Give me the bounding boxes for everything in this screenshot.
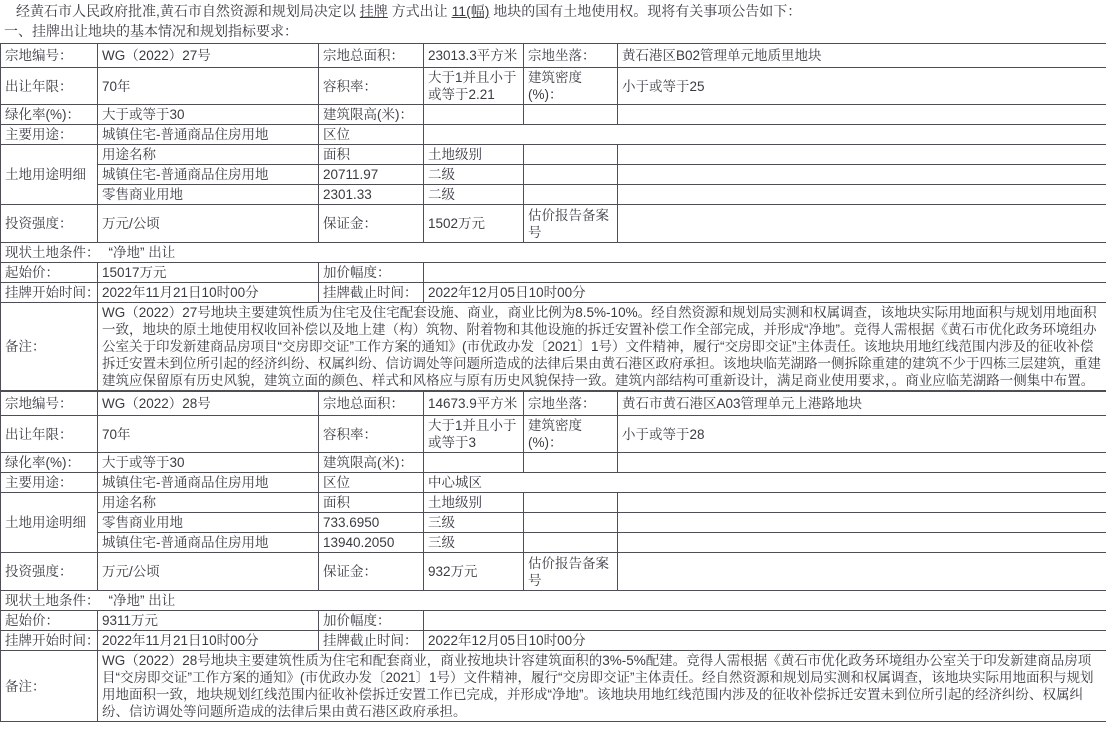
increment-label: 加价幅度： [319, 611, 424, 631]
parcel-no-value: WG（2022）27号 [98, 44, 319, 68]
term-label: 出让年限： [1, 416, 98, 453]
green-value: 大于或等于30 [98, 105, 319, 125]
listing-end-label: 挂牌截止时间： [319, 631, 424, 651]
table-row: 出让年限： 70年 容积率： 大于1并且小于或等于3 建筑密度(%)： 小于或等… [1, 416, 1106, 453]
district-value: 中心城区 [424, 473, 1106, 493]
appraisal-value [618, 205, 1106, 243]
total-area-label: 宗地总面积： [319, 44, 424, 68]
main-use-value: 城镇住宅-普通商品住房用地 [98, 125, 319, 145]
use-detail-row: 城镇住宅-普通商品住房用地 20711.97 二级 [1, 165, 1106, 185]
land-grade-value: 三级 [424, 513, 524, 533]
table-row: 挂牌开始时间： 2022年11月21日10时00分 挂牌截止时间： 2022年1… [1, 631, 1106, 651]
land-grade-value: 二级 [424, 185, 524, 205]
use-detail-label: 土地用途明细 [1, 493, 98, 553]
sale-method: 挂牌 [360, 3, 388, 19]
use-detail-row: 城镇住宅-普通商品住房用地 13940.2050 三级 [1, 533, 1106, 553]
listing-start-label: 挂牌开始时间： [1, 283, 98, 303]
use-name-header: 用途名称 [98, 145, 319, 165]
density-value: 小于或等于25 [618, 68, 1106, 105]
intro-mid: 方式出让 [388, 3, 452, 19]
location-value: 黄石市黄石港区A03管理单元上港路地块 [618, 392, 1106, 416]
condition-value: “净地” 出让 [109, 245, 176, 260]
start-price-label: 起始价： [1, 263, 98, 283]
location-value: 黄石港区B02管理单元地质里地块 [618, 44, 1106, 68]
section-heading: 一、挂牌出让地块的基本情况和规划指标要求： [0, 21, 1106, 43]
height-limit-label: 建筑限高(米)： [319, 105, 424, 125]
area-value: 2301.33 [319, 185, 424, 205]
density-label: 建筑密度(%)： [524, 416, 618, 453]
condition-label: 现状土地条件： [5, 593, 100, 608]
empty-cell [524, 453, 618, 473]
deposit-label: 保证金： [319, 553, 424, 591]
term-value: 70年 [98, 416, 319, 453]
table-row: 起始价： 9311万元 加价幅度： [1, 611, 1106, 631]
table-row: 绿化率(%)： 大于或等于30 建筑限高(米)： [1, 453, 1106, 473]
table-row: 投资强度： 万元/公顷 保证金： 932万元 估价报告备案号 [1, 553, 1106, 591]
district-value [424, 125, 1106, 145]
use-name-value: 零售商业用地 [98, 513, 319, 533]
area-value: 733.6950 [319, 513, 424, 533]
far-label: 容积率： [319, 416, 424, 453]
listing-start-value: 2022年11月21日10时00分 [98, 283, 319, 303]
table-row: 投资强度： 万元/公顷 保证金： 1502万元 估价报告备案号 [1, 205, 1106, 243]
district-label: 区位 [319, 473, 424, 493]
height-limit-value [424, 105, 524, 125]
remark-label: 备注： [1, 303, 98, 391]
area-value: 20711.97 [319, 165, 424, 185]
investment-label: 投资强度： [1, 205, 98, 243]
use-name-header: 用途名称 [98, 493, 319, 513]
appraisal-label: 估价报告备案号 [524, 553, 618, 591]
condition-row: 现状土地条件：“净地” 出让 [1, 243, 1106, 263]
remark-text: WG（2022）28号地块主要建筑性质为住宅和配套商业，商业按地块计容建筑面积的… [98, 651, 1106, 722]
empty-cell [618, 105, 1106, 125]
height-limit-value [424, 453, 524, 473]
increment-value [424, 263, 1106, 283]
table-row: 绿化率(%)： 大于或等于30 建筑限高(米)： [1, 105, 1106, 125]
parcel-no-value: WG（2022）28号 [98, 392, 319, 416]
intro-suffix: 地块的国有土地使用权。现将有关事项公告如下： [489, 3, 801, 19]
table-row: 备注： WG（2022）28号地块主要建筑性质为住宅和配套商业，商业按地块计容建… [1, 651, 1106, 722]
empty-cell [618, 165, 1106, 185]
parcel-no-label: 宗地编号： [1, 392, 98, 416]
empty-cell [524, 533, 618, 553]
total-area-value: 23013.3平方米 [424, 44, 524, 68]
total-area-value: 14673.9平方米 [424, 392, 524, 416]
intro-prefix: 经黄石市人民政府批准,黄石市自然资源和规划局决定以 [16, 3, 360, 19]
empty-cell [524, 493, 618, 513]
table-row: 宗地编号： WG（2022）27号 宗地总面积： 23013.3平方米 宗地坐落… [1, 44, 1106, 68]
total-area-label: 宗地总面积： [319, 392, 424, 416]
listing-end-value: 2022年12月05日10时00分 [424, 283, 1106, 303]
green-label: 绿化率(%)： [1, 453, 98, 473]
empty-cell [524, 513, 618, 533]
table-row: 土地用途明细 用途名称 面积 土地级别 [1, 145, 1106, 165]
start-price-value: 15017万元 [98, 263, 319, 283]
use-name-value: 城镇住宅-普通商品住房用地 [98, 533, 319, 553]
area-header: 面积 [319, 145, 424, 165]
appraisal-value [618, 553, 1106, 591]
empty-cell [524, 185, 618, 205]
main-use-value: 城镇住宅-普通商品住房用地 [98, 473, 319, 493]
deposit-value: 1502万元 [424, 205, 524, 243]
use-detail-row: 零售商业用地 733.6950 三级 [1, 513, 1106, 533]
increment-value [424, 611, 1106, 631]
investment-value: 万元/公顷 [98, 553, 319, 591]
empty-cell [618, 533, 1106, 553]
remark-label: 备注： [1, 651, 98, 722]
density-value: 小于或等于28 [618, 416, 1106, 453]
term-label: 出让年限： [1, 68, 98, 105]
table-row: 现状土地条件：“净地” 出让 [1, 243, 1106, 263]
table-row: 起始价： 15017万元 加价幅度： [1, 263, 1106, 283]
deposit-value: 932万元 [424, 553, 524, 591]
empty-cell [618, 185, 1106, 205]
density-label: 建筑密度(%)： [524, 68, 618, 105]
parcel-count: 11(幅) [452, 3, 490, 19]
far-value: 大于1并且小于或等于3 [424, 416, 524, 453]
listing-start-label: 挂牌开始时间： [1, 631, 98, 651]
start-price-label: 起始价： [1, 611, 98, 631]
table-row: 备注： WG（2022）27号地块主要建筑性质为住宅及住宅配套设施、商业，商业比… [1, 303, 1106, 391]
location-label: 宗地坐落： [524, 44, 618, 68]
area-value: 13940.2050 [319, 533, 424, 553]
parcel-table-28: 宗地编号： WG（2022）28号 宗地总面积： 14673.9平方米 宗地坐落… [0, 391, 1106, 722]
investment-value: 万元/公顷 [98, 205, 319, 243]
far-label: 容积率： [319, 68, 424, 105]
land-grade-value: 二级 [424, 165, 524, 185]
investment-label: 投资强度： [1, 553, 98, 591]
height-limit-label: 建筑限高(米)： [319, 453, 424, 473]
condition-label: 现状土地条件： [5, 245, 100, 260]
table-row: 挂牌开始时间： 2022年11月21日10时00分 挂牌截止时间： 2022年1… [1, 283, 1106, 303]
announcement-intro: 经黄石市人民政府批准,黄石市自然资源和规划局决定以 挂牌 方式出让 11(幅) … [0, 0, 1106, 21]
empty-cell [618, 145, 1106, 165]
table-row: 出让年限： 70年 容积率： 大于1并且小于或等于2.21 建筑密度(%)： 小… [1, 68, 1106, 105]
listing-start-value: 2022年11月21日10时00分 [98, 631, 319, 651]
start-price-value: 9311万元 [98, 611, 319, 631]
table-row: 主要用途： 城镇住宅-普通商品住房用地 区位 中心城区 [1, 473, 1106, 493]
parcel-no-label: 宗地编号： [1, 44, 98, 68]
use-detail-label: 土地用途明细 [1, 145, 98, 205]
land-grade-header: 土地级别 [424, 493, 524, 513]
use-name-value: 城镇住宅-普通商品住房用地 [98, 165, 319, 185]
empty-cell [524, 145, 618, 165]
empty-cell [524, 165, 618, 185]
district-label: 区位 [319, 125, 424, 145]
term-value: 70年 [98, 68, 319, 105]
condition-value: “净地” 出让 [109, 593, 176, 608]
listing-end-label: 挂牌截止时间： [319, 283, 424, 303]
land-grade-value: 三级 [424, 533, 524, 553]
parcel-table-27: 宗地编号： WG（2022）27号 宗地总面积： 23013.3平方米 宗地坐落… [0, 43, 1106, 391]
main-use-label: 主要用途： [1, 125, 98, 145]
green-value: 大于或等于30 [98, 453, 319, 473]
use-name-value: 零售商业用地 [98, 185, 319, 205]
empty-cell [618, 513, 1106, 533]
area-header: 面积 [319, 493, 424, 513]
listing-end-value: 2022年12月05日10时00分 [424, 631, 1106, 651]
table-row: 主要用途： 城镇住宅-普通商品住房用地 区位 [1, 125, 1106, 145]
land-grade-header: 土地级别 [424, 145, 524, 165]
empty-cell [618, 493, 1106, 513]
table-row: 宗地编号： WG（2022）28号 宗地总面积： 14673.9平方米 宗地坐落… [1, 392, 1106, 416]
far-value: 大于1并且小于或等于2.21 [424, 68, 524, 105]
increment-label: 加价幅度： [319, 263, 424, 283]
condition-row: 现状土地条件：“净地” 出让 [1, 591, 1106, 611]
green-label: 绿化率(%)： [1, 105, 98, 125]
table-row: 土地用途明细 用途名称 面积 土地级别 [1, 493, 1106, 513]
empty-cell [524, 105, 618, 125]
remark-text: WG（2022）27号地块主要建筑性质为住宅及住宅配套设施、商业，商业比例为8.… [98, 303, 1106, 391]
main-use-label: 主要用途： [1, 473, 98, 493]
table-row: 现状土地条件：“净地” 出让 [1, 591, 1106, 611]
use-detail-row: 零售商业用地 2301.33 二级 [1, 185, 1106, 205]
empty-cell [618, 453, 1106, 473]
deposit-label: 保证金： [319, 205, 424, 243]
appraisal-label: 估价报告备案号 [524, 205, 618, 243]
location-label: 宗地坐落： [524, 392, 618, 416]
